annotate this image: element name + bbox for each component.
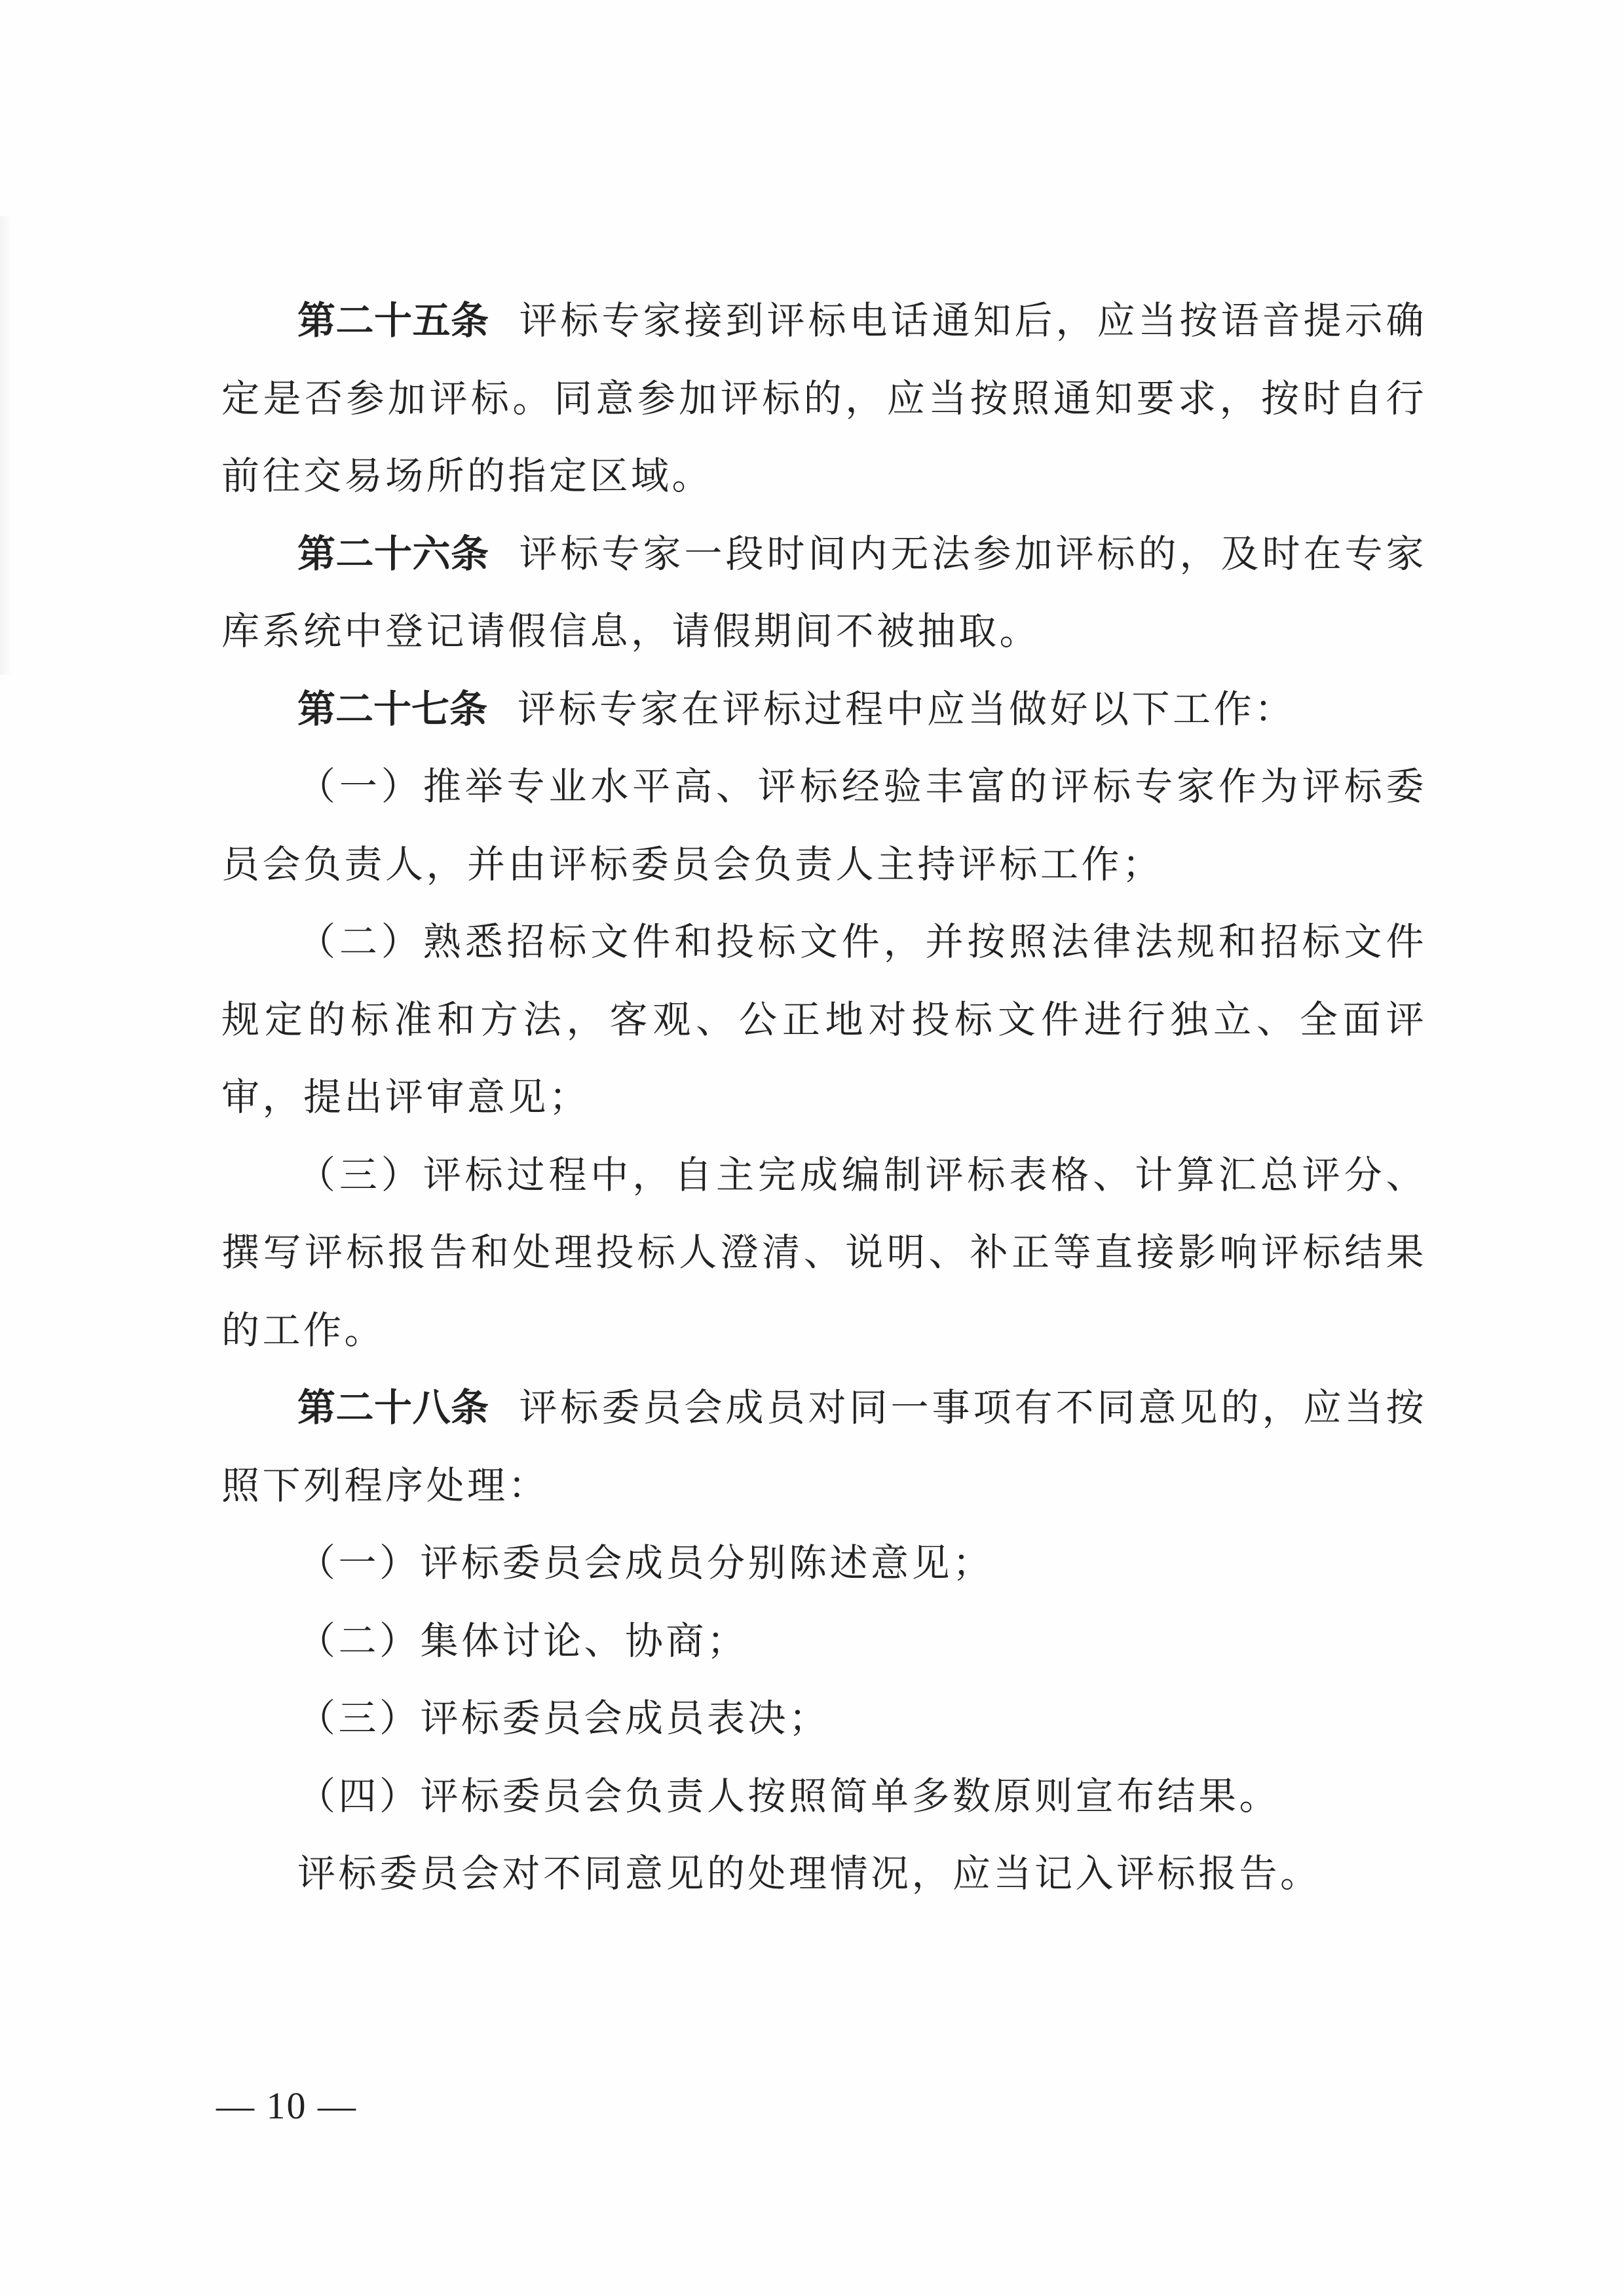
- list-item: （四）评标委员会负责人按照简单多数原则宣布结果。: [221, 1757, 1427, 1835]
- article-25: 第二十五条评标专家接到评标电话通知后，应当按语音提示确定是否参加评标。同意参加评…: [221, 282, 1427, 515]
- closing-paragraph: 评标委员会对不同意见的处理情况，应当记入评标报告。: [221, 1835, 1427, 1913]
- article-heading: 第二十七条: [297, 687, 487, 731]
- document-page: 第二十五条评标专家接到评标电话通知后，应当按语音提示确定是否参加评标。同意参加评…: [0, 0, 1624, 2296]
- scan-shadow: [0, 216, 10, 675]
- article-28: 第二十八条评标委员会成员对同一事项有不同意见的，应当按照下列程序处理：: [221, 1369, 1427, 1524]
- list-item: （三）评标委员会成员表决；: [221, 1679, 1427, 1757]
- list-item: （三）评标过程中，自主完成编制评标表格、计算汇总评分、撰写评标报告和处理投标人澄…: [221, 1136, 1427, 1369]
- page-number: — 10 —: [216, 2084, 357, 2128]
- article-26: 第二十六条评标专家一段时间内无法参加评标的，及时在专家库系统中登记请假信息，请假…: [221, 515, 1427, 670]
- list-item: （一）评标委员会成员分别陈述意见；: [221, 1524, 1427, 1602]
- article-text: 评标专家在评标过程中应当做好以下工作：: [518, 687, 1296, 731]
- list-item: （二）熟悉招标文件和投标文件，并按照法律法规和招标文件规定的标准和方法，客观、公…: [221, 903, 1427, 1136]
- list-item: （二）集体讨论、协商；: [221, 1602, 1427, 1680]
- article-heading: 第二十八条: [297, 1385, 489, 1430]
- list-item: （一）推举专业水平高、评标经验丰富的评标专家作为评标委员会负责人，并由评标委员会…: [221, 748, 1427, 903]
- article-heading: 第二十五条: [297, 298, 489, 343]
- document-body: 第二十五条评标专家接到评标电话通知后，应当按语音提示确定是否参加评标。同意参加评…: [221, 282, 1427, 1913]
- article-27: 第二十七条评标专家在评标过程中应当做好以下工作：: [221, 670, 1427, 748]
- article-heading: 第二十六条: [297, 531, 489, 576]
